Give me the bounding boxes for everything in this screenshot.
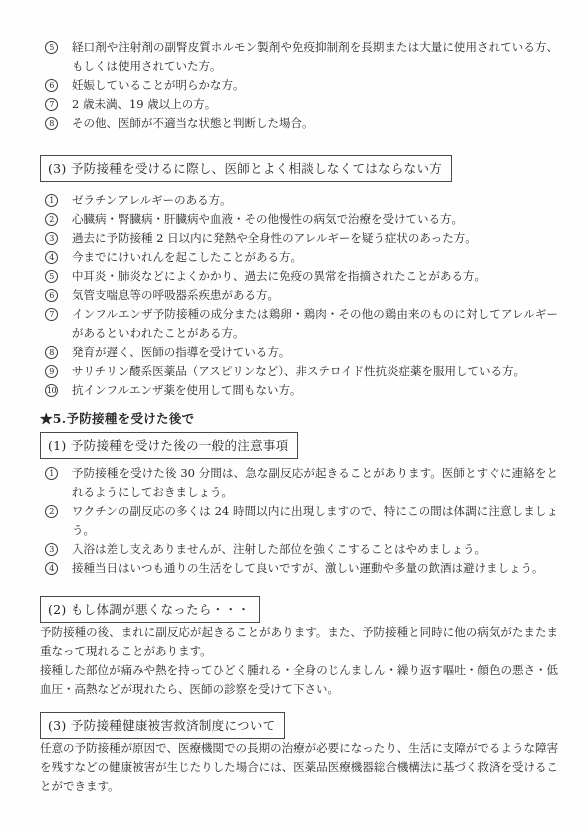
item-number: 3 — [45, 229, 72, 245]
circled-number: 6 — [45, 289, 58, 302]
item-text: 2 歳未満、19 歳以上の方。 — [72, 95, 558, 114]
item-text: その他、医師が不適当な状態と判断した場合。 — [72, 114, 558, 133]
item-number: 1 — [45, 464, 72, 480]
item-number: 6 — [45, 286, 72, 302]
list-item: 7 2 歳未満、19 歳以上の方。 — [40, 95, 558, 114]
circled-number: 10 — [45, 384, 58, 397]
boxed-heading-consult: (3) 予防接種を受けるに際し、医師とよく相談しなくてはならない方 — [40, 155, 452, 182]
item-text: 心臓病・腎臓病・肝臓病や血液・その他慢性の病気で治療を受けている方。 — [72, 210, 558, 229]
general-heading-wrap: (1) 予防接種を受けた後の一般的注意事項 — [40, 432, 558, 459]
list-item: 2 ワクチンの副反応の多くは 24 時間以内に出現しますので、特にこの間は体調に… — [40, 502, 558, 540]
consult-list: 1 ゼラチンアレルギーのある方。 2 心臓病・腎臓病・肝臓病や血液・その他慢性の… — [40, 191, 558, 400]
boxed-heading-unwell: (2) もし体調が悪くなったら・・・ — [40, 596, 260, 623]
list-item: 3 入浴は差し支えありませんが、注射した部位を強くこすることはやめましょう。 — [40, 540, 558, 559]
item-text: 今までにけいれんを起こしたことがある方。 — [72, 248, 558, 267]
list-item: 4 接種当日はいつも通りの生活をして良いですが、激しい運動や多量の飲酒は避けまし… — [40, 559, 558, 578]
item-text: インフルエンザ予防接種の成分または鶏卵・鶏肉・その他の鶏由来のものに対してアレル… — [72, 305, 558, 343]
circled-number: 7 — [45, 308, 58, 321]
list-item: 5 中耳炎・肺炎などによくかかり、過去に免疫の異常を指摘されたことがある方。 — [40, 267, 558, 286]
item-number: 6 — [45, 76, 72, 92]
item-number: 8 — [45, 343, 72, 359]
circled-number: 8 — [45, 117, 58, 130]
item-number: 1 — [45, 191, 72, 207]
scanned-document-page: 5 経口剤や注射剤の副腎皮質ホルモン製剤や免疫抑制剤を長期または大量に使用されて… — [0, 0, 588, 834]
circled-number: 1 — [45, 467, 58, 480]
circled-number: 3 — [45, 543, 58, 556]
unwell-paragraph-2: 接種した部位が痛みや熱を持ってひどく腫れる・全身のじんましん・繰り返す嘔吐・顔色… — [40, 661, 558, 699]
boxed-heading-general: (1) 予防接種を受けた後の一般的注意事項 — [40, 432, 298, 459]
list-item: 5 経口剤や注射剤の副腎皮質ホルモン製剤や免疫抑制剤を長期または大量に使用されて… — [40, 38, 558, 76]
list-item: 9 サリチリン酸系医薬品（アスピリンなど）、非ステロイド性抗炎症薬を服用している… — [40, 362, 558, 381]
circled-number: 4 — [45, 562, 58, 575]
circled-number: 2 — [45, 505, 58, 518]
item-text: 経口剤や注射剤の副腎皮質ホルモン製剤や免疫抑制剤を長期または大量に使用されている… — [72, 38, 558, 76]
item-text: 発育が遅く、医師の指導を受けている方。 — [72, 343, 558, 362]
item-number: 10 — [45, 381, 72, 397]
item-text: 妊娠していることが明らかな方。 — [72, 76, 558, 95]
list-item: 1 予防接種を受けた後 30 分間は、急な副反応が起きることがあります。医師とす… — [40, 464, 558, 502]
item-number: 5 — [45, 38, 72, 54]
list-item: 6 妊娠していることが明らかな方。 — [40, 76, 558, 95]
item-number: 7 — [45, 95, 72, 111]
item-text: 気管支喘息等の呼吸器系疾患がある方。 — [72, 286, 558, 305]
item-number: 4 — [45, 248, 72, 264]
circled-number: 9 — [45, 365, 58, 378]
item-number: 4 — [45, 559, 72, 575]
list-item: 1 ゼラチンアレルギーのある方。 — [40, 191, 558, 210]
item-text: 予防接種を受けた後 30 分間は、急な副反応が起きることがあります。医師とすぐに… — [72, 464, 558, 502]
consult-heading-wrap: (3) 予防接種を受けるに際し、医師とよく相談しなくてはならない方 — [40, 155, 558, 182]
list-item: 8 その他、医師が不適当な状態と判断した場合。 — [40, 114, 558, 133]
item-text: ワクチンの副反応の多くは 24 時間以内に出現しますので、特にこの間は体調に注意… — [72, 502, 558, 540]
relief-paragraph: 任意の予防接種が原因で、医療機関での長期の治療が必要になったり、生活に支障がでる… — [40, 739, 558, 796]
unwell-heading-wrap: (2) もし体調が悪くなったら・・・ — [40, 596, 558, 623]
item-number: 2 — [45, 502, 72, 518]
circled-number: 7 — [45, 98, 58, 111]
list-item: 8 発育が遅く、医師の指導を受けている方。 — [40, 343, 558, 362]
item-text: ゼラチンアレルギーのある方。 — [72, 191, 558, 210]
general-list: 1 予防接種を受けた後 30 分間は、急な副反応が起きることがあります。医師とす… — [40, 464, 558, 578]
carryover-list: 5 経口剤や注射剤の副腎皮質ホルモン製剤や免疫抑制剤を長期または大量に使用されて… — [40, 38, 558, 133]
circled-number: 6 — [45, 79, 58, 92]
item-number: 3 — [45, 540, 72, 556]
item-text: 中耳炎・肺炎などによくかかり、過去に免疫の異常を指摘されたことがある方。 — [72, 267, 558, 286]
item-number: 2 — [45, 210, 72, 226]
list-item: 3 過去に予防接種 2 日以内に発熱や全身性のアレルギーを疑う症状のあった方。 — [40, 229, 558, 248]
item-text: 抗インフルエンザ薬を使用して間もない方。 — [72, 381, 558, 400]
list-item: 2 心臓病・腎臓病・肝臓病や血液・その他慢性の病気で治療を受けている方。 — [40, 210, 558, 229]
list-item: 10 抗インフルエンザ薬を使用して間もない方。 — [40, 381, 558, 400]
circled-number: 5 — [45, 41, 58, 54]
item-text: 接種当日はいつも通りの生活をして良いですが、激しい運動や多量の飲酒は避けましょう… — [72, 559, 558, 578]
item-text: 入浴は差し支えありませんが、注射した部位を強くこすることはやめましょう。 — [72, 540, 558, 559]
list-item: 6 気管支喘息等の呼吸器系疾患がある方。 — [40, 286, 558, 305]
boxed-heading-relief: (3) 予防接種健康被害救済制度について — [40, 712, 285, 739]
section-title-after-vaccination: ★5.予防接種を受けた後で — [40, 409, 558, 428]
circled-number: 8 — [45, 346, 58, 359]
unwell-paragraph-1: 予防接種の後、まれに副反応が起きることがあります。また、予防接種と同時に他の病気… — [40, 623, 558, 661]
circled-number: 1 — [45, 194, 58, 207]
circled-number: 3 — [45, 232, 58, 245]
item-number: 8 — [45, 114, 72, 130]
item-text: サリチリン酸系医薬品（アスピリンなど）、非ステロイド性抗炎症薬を服用している方。 — [72, 362, 558, 381]
circled-number: 2 — [45, 213, 58, 226]
circled-number: 4 — [45, 251, 58, 264]
relief-heading-wrap: (3) 予防接種健康被害救済制度について — [40, 712, 558, 739]
circled-number: 5 — [45, 270, 58, 283]
item-number: 5 — [45, 267, 72, 283]
item-number: 9 — [45, 362, 72, 378]
list-item: 4 今までにけいれんを起こしたことがある方。 — [40, 248, 558, 267]
list-item: 7 インフルエンザ予防接種の成分または鶏卵・鶏肉・その他の鶏由来のものに対してア… — [40, 305, 558, 343]
item-number: 7 — [45, 305, 72, 321]
item-text: 過去に予防接種 2 日以内に発熱や全身性のアレルギーを疑う症状のあった方。 — [72, 229, 558, 248]
